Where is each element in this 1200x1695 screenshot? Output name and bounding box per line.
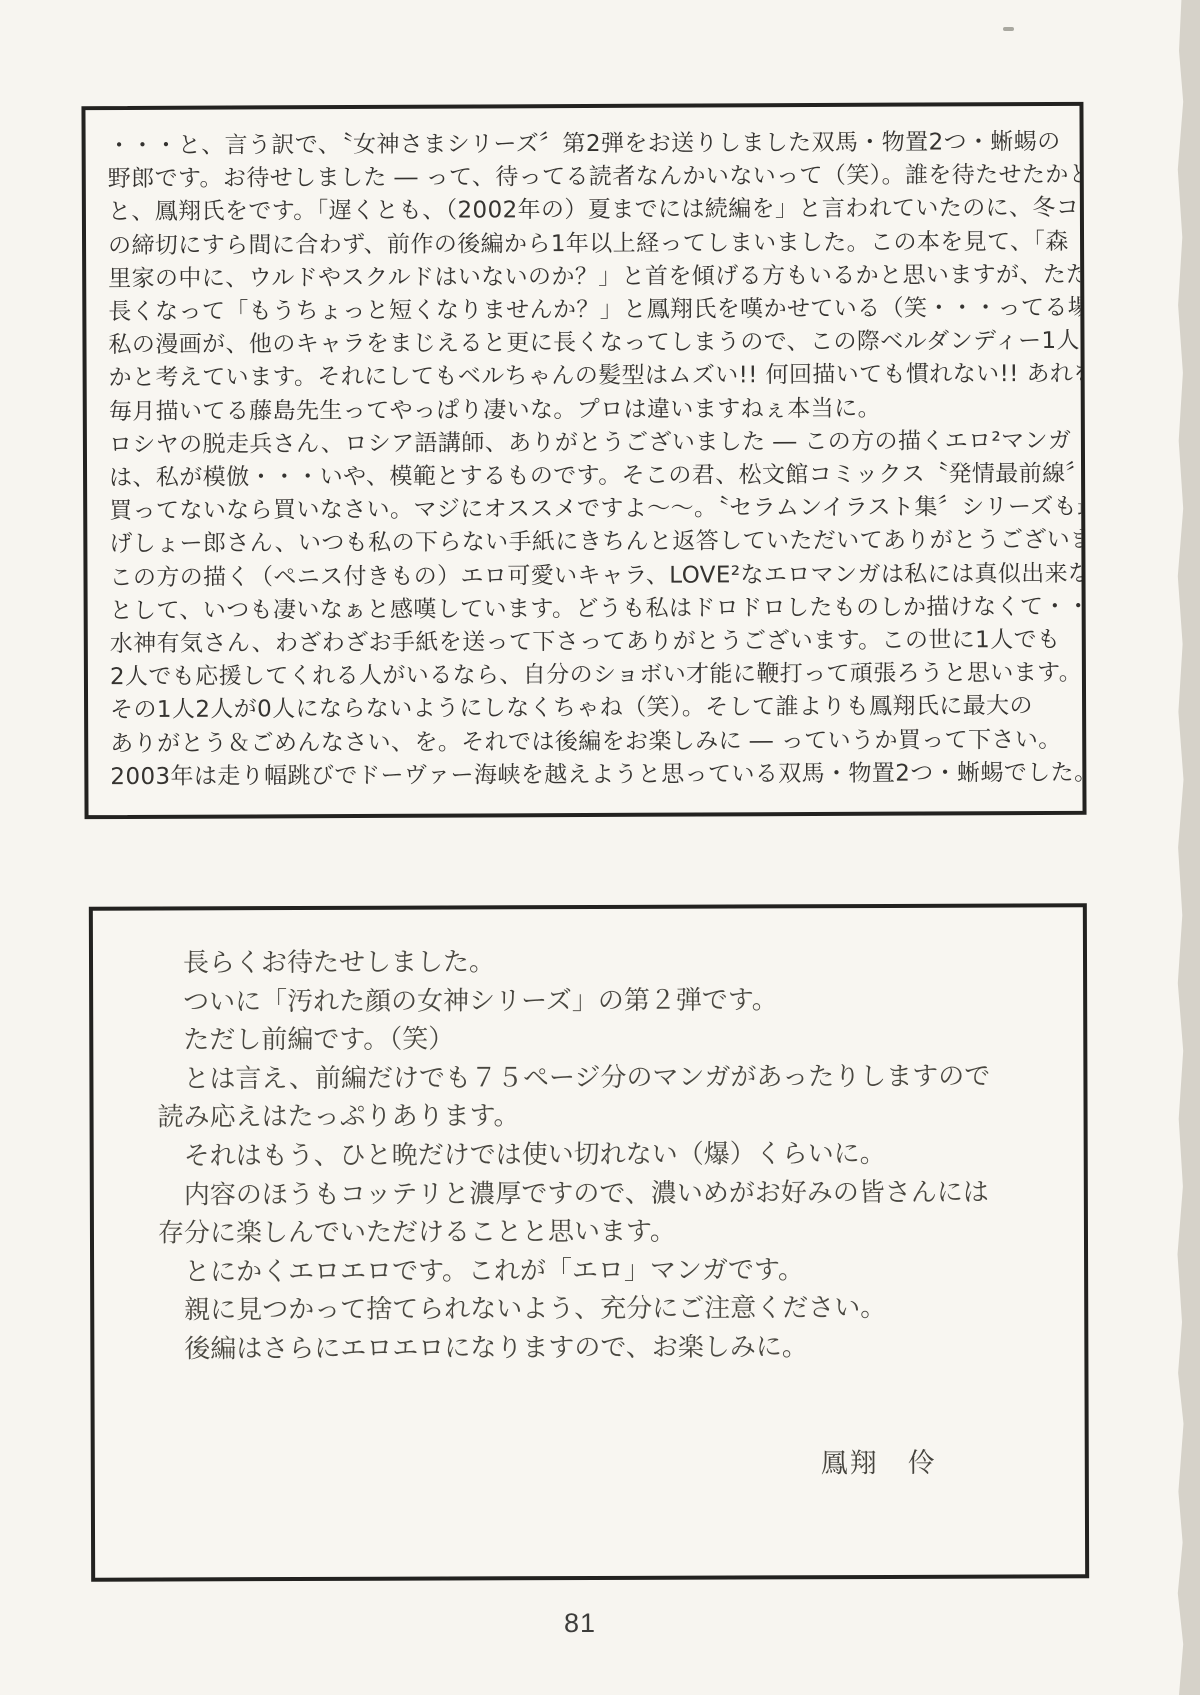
text-line: 野郎です。お待せしました ― って、待ってる読者なんかいないって（笑）。誰を待た… [108,159,1066,196]
text-line: の締切にすら間に合わず、前作の後編から1年以上経ってしまいました。この本を見て、… [108,226,1066,263]
author-signature: 鳳翔 伶 [159,1440,1027,1482]
text-line: 2人でも応援してくれる人がいるなら、自分のショボい才能に鞭打って頑張ろうと思いま… [110,657,1068,694]
text-line: 存分に楽しんでいただけることと思います。 [158,1212,1026,1254]
text-line: 内容のほうもコッテリと濃厚ですので、濃いめがお好みの皆さんには [158,1173,1026,1215]
text-line: ついに「汚れた顔の女神シリーズ」の第２弾です。 [157,980,1025,1022]
text-line: は、私が模倣・・・いや、模範とするものです。そこの君、松文館コミックス〝発情最前… [109,458,1067,495]
text-line: 後編はさらにエロエロになりますので、お楽しみに。 [158,1327,1026,1369]
text-line: 買ってないなら買いなさい。マジにオススメですよ～～。〝セラムンイラスト集〞シリー… [109,491,1067,528]
handwritten-note: ・・・と、言う訳で、〝女神さまシリーズ〞第2弾をお送りしました双馬・物置2つ・蜥… [85,106,1082,815]
text-line: この方の描く（ペニス付きもの）エロ可愛いキャラ、LOVE²なエロマンガは私には真… [109,558,1067,595]
text-line: ロシヤの脱走兵さん、ロシア語講師、ありがとうございました ― この方の描くエロ²… [109,425,1067,462]
text-line: その1人2人が0人にならないようにしなくちゃね（笑）。そして誰よりも鳳翔氏に最大… [110,690,1068,727]
text-line: とにかくエロエロです。これが「エロ」マンガです。 [158,1250,1026,1292]
text-line: 水神有気さん、わざわざお手紙を送って下さってありがとうございます。この世に1人で… [110,624,1068,661]
text-line: とは言え、前編だけでも７５ページ分のマンガがあったりしますので [157,1057,1025,1099]
text-line: として、いつも凄いなぁと感嘆しています。どうも私はドロドロしたものしか描けなくて… [110,591,1068,628]
handwritten-note-box: ・・・と、言う訳で、〝女神さまシリーズ〞第2弾をお送りしました双馬・物置2つ・蜥… [81,102,1086,819]
text-line: 長らくお待たせしました。 [157,941,1025,983]
typed-afterword-lines: 長らくお待たせしました。 ついに「汚れた顔の女神シリーズ」の第２弾です。 ただし… [157,941,1026,1369]
text-line: 私の漫画が、他のキャラをまじえると更に長くなってしまうので、この際ベルダンディー… [108,325,1066,362]
text-line: 長くなって「もうちょっと短くなりませんか？」と鳳翔氏を嘆かせている（笑・・・って… [108,292,1066,329]
text-line: ありがとう＆ごめんなさい、を。それでは後編をお楽しみに ― っていうか買って下さ… [110,724,1068,761]
text-line: ・・・と、言う訳で、〝女神さまシリーズ〞第2弾をお送りしました双馬・物置2つ・蜥… [108,126,1066,163]
text-line: かと考えています。それにしてもベルちゃんの髪型はムズい!! 何回描いても慣れない… [109,358,1067,395]
page-number: 81 [0,1608,1160,1639]
typed-afterword: 長らくお待たせしました。 ついに「汚れた顔の女神シリーズ」の第２弾です。 ただし… [93,907,1085,1577]
text-line: ただし前編です。（笑） [157,1019,1025,1061]
scanned-page: ・・・と、言う訳で、〝女神さまシリーズ〞第2弾をお送りしました双馬・物置2つ・蜥… [0,0,1200,1695]
text-line: 里家の中に、ウルドやスクルドはいないのか？」と首を傾げる方もいるかと思いますが、… [108,259,1066,296]
text-line: げしょー郎さん、いつも私の下らない手紙にきちんと返答していただいてありがとうござ… [109,524,1067,561]
scan-speck [1003,27,1014,31]
text-line: 親に見つかって捨てられないよう、充分にご注意ください。 [158,1289,1026,1331]
typed-afterword-box: 長らくお待たせしました。 ついに「汚れた顔の女神シリーズ」の第２弾です。 ただし… [89,903,1089,1581]
text-line: 2003年は走り幅跳びでドーヴァー海峡を越えようと思っている双馬・物置2つ・蜥蜴… [110,757,1068,794]
text-line: それはもう、ひと晩だけでは使い切れない（爆）くらいに。 [158,1134,1026,1176]
text-line: と、鳳翔氏をです。「遅くとも、（2002年の）夏までには続編を」と言われていたの… [108,192,1066,229]
text-line: 読み応えはたっぷりあります。 [157,1096,1025,1138]
text-line: 毎月描いてる藤島先生ってやっぱり凄いな。プロは違いますねぇ本当に。 [109,392,1067,429]
